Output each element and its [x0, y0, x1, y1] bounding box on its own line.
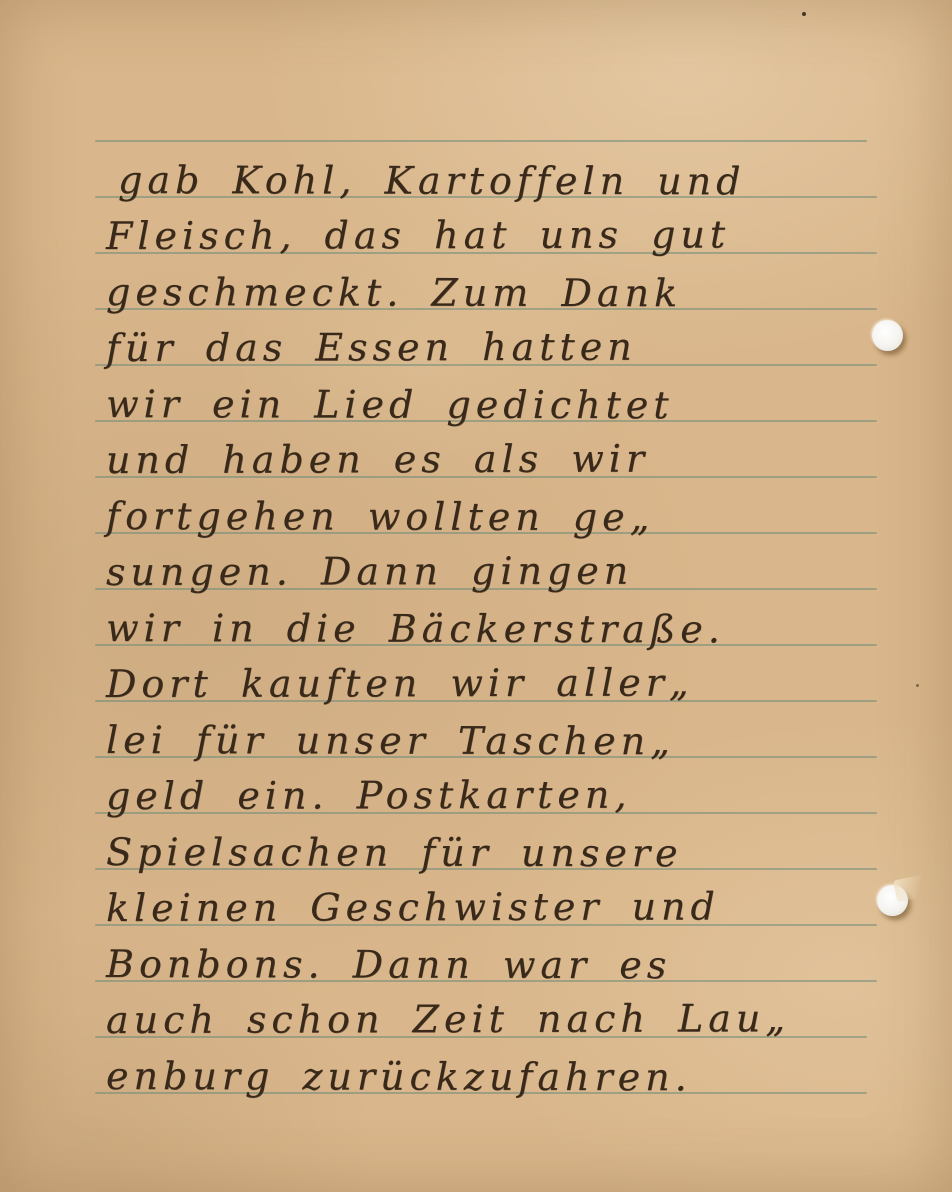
handwriting-line: fortgehen wollten ge„: [106, 488, 654, 545]
handwriting-line: geschmeckt. Zum Dank: [106, 264, 682, 321]
handwriting-line: kleinen Geschwister und: [106, 878, 720, 936]
handwriting-line: Fleisch, das hat uns gut: [106, 206, 730, 264]
handwriting-line: Dort kauften wir aller„: [106, 654, 694, 712]
handwriting-line: enburg zurückzufahren.: [106, 1048, 692, 1105]
handwriting-line: geld ein. Postkarten,: [106, 767, 632, 824]
handwriting-line: wir in die Bäckerstraße.: [106, 600, 725, 657]
notebook-page: gab Kohl, Kartoffeln und Fleisch, das ha…: [0, 0, 952, 1192]
punch-hole-top-icon: [872, 320, 903, 351]
punch-hole-bottom-icon: [877, 885, 908, 916]
handwriting-line: Spielsachen für unsere: [106, 824, 683, 881]
handwriting-line: auch schon Zeit nach Lau„: [106, 990, 790, 1048]
handwriting-line: und haben es als wir: [106, 431, 649, 488]
handwriting-line: lei für unser Taschen„: [106, 712, 675, 769]
handwriting-line: gab Kohl, Kartoffeln und: [118, 152, 745, 209]
handwriting-line: für das Essen hatten: [106, 319, 637, 376]
ink-speck-icon: [802, 12, 806, 16]
handwriting-line: wir ein Lied gedichtet: [106, 376, 674, 433]
rule-line: [95, 140, 867, 142]
ink-speck-icon: [916, 684, 919, 687]
handwriting-line: Bonbons. Dann war es: [106, 936, 671, 993]
handwriting-line: sungen. Dann gingen: [106, 543, 633, 600]
